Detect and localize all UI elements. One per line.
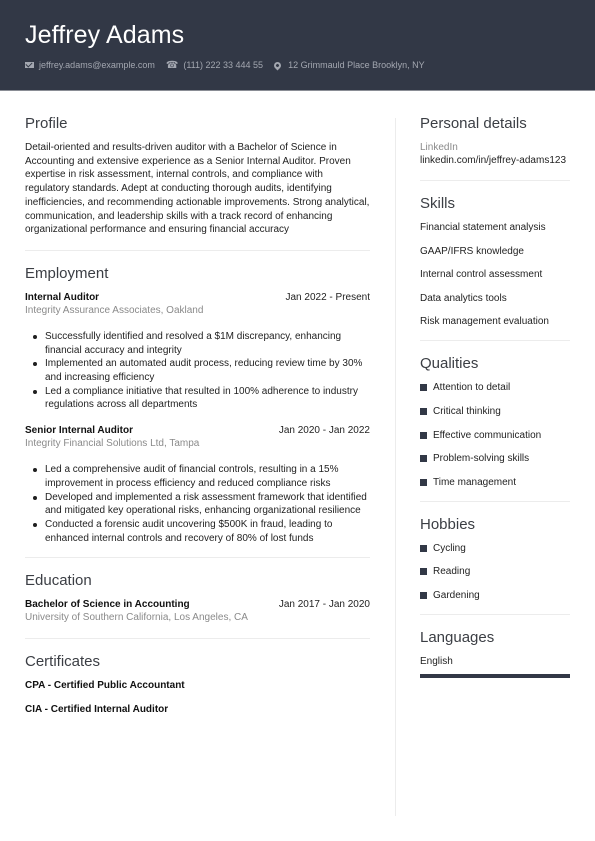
job-company: Integrity Financial Solutions Ltd, Tampa <box>25 437 370 451</box>
job-dates: Jan 2022 - Present <box>286 291 371 304</box>
hobby-label: Reading <box>433 565 470 578</box>
language-level-bar <box>420 674 570 678</box>
quality-label: Problem-solving skills <box>433 452 529 465</box>
achievement-item: Conducted a forensic audit uncovering $5… <box>25 518 370 545</box>
education-section: Education Bachelor of Science in Account… <box>25 572 370 625</box>
candidate-name: Jeffrey Adams <box>25 21 184 50</box>
quality-label: Attention to detail <box>433 381 510 394</box>
quality-item: Time management <box>420 476 570 489</box>
map-pin-icon <box>273 60 283 70</box>
section-title-certificates: Certificates <box>25 653 370 670</box>
section-title-skills: Skills <box>420 195 570 212</box>
square-bullet-icon <box>420 545 427 552</box>
section-title-qualities: Qualities <box>420 355 570 372</box>
profile-summary: Detail-oriented and results-driven audit… <box>25 141 370 237</box>
quality-item: Effective communication <box>420 429 570 442</box>
school-name: University of Southern California, Los A… <box>25 611 370 625</box>
hobby-item: Cycling <box>420 542 570 555</box>
section-title-hobbies: Hobbies <box>420 516 570 533</box>
hobby-label: Gardening <box>433 589 480 602</box>
personal-details-section: Personal details LinkedIn linkedin.com/i… <box>420 115 570 168</box>
linkedin-url[interactable]: linkedin.com/in/jeffrey-adams123 <box>420 154 570 168</box>
job-achievements: Led a comprehensive audit of financial c… <box>25 463 370 545</box>
phone-text: (111) 222 33 444 55 <box>183 60 263 70</box>
contact-email: jeffrey.adams@example.com <box>25 60 155 70</box>
square-bullet-icon <box>420 568 427 575</box>
achievement-item: Developed and implemented a risk assessm… <box>25 491 370 518</box>
phone-icon: ☎ <box>166 61 178 70</box>
address-text: 12 Grimmauld Place Brooklyn, NY <box>288 60 425 70</box>
quality-item: Problem-solving skills <box>420 452 570 465</box>
skills-section: Skills Financial statement analysis GAAP… <box>420 195 570 328</box>
skill-item: Data analytics tools <box>420 292 570 305</box>
quality-label: Effective communication <box>433 429 541 442</box>
certificates-section: Certificates CPA - Certified Public Acco… <box>25 653 370 716</box>
job-achievements: Successfully identified and resolved a $… <box>25 330 370 412</box>
education-entry: Bachelor of Science in Accounting Jan 20… <box>25 598 370 625</box>
side-column: Personal details LinkedIn linkedin.com/i… <box>420 115 570 678</box>
section-title-languages: Languages <box>420 629 570 646</box>
achievement-item: Successfully identified and resolved a $… <box>25 330 370 357</box>
square-bullet-icon <box>420 592 427 599</box>
certificate-item: CPA - Certified Public Accountant <box>25 679 370 692</box>
language-name: English <box>420 655 570 668</box>
section-divider <box>420 180 570 181</box>
job-entry: Internal Auditor Jan 2022 - Present Inte… <box>25 291 370 412</box>
education-dates: Jan 2017 - Jan 2020 <box>279 598 370 611</box>
achievement-item: Implemented an automated audit process, … <box>25 357 370 384</box>
envelope-icon <box>25 62 34 68</box>
job-company: Integrity Assurance Associates, Oakland <box>25 304 370 318</box>
section-divider <box>25 557 370 558</box>
section-divider <box>420 340 570 341</box>
quality-item: Attention to detail <box>420 381 570 394</box>
square-bullet-icon <box>420 455 427 462</box>
linkedin-label: LinkedIn <box>420 141 570 154</box>
certificate-item: CIA - Certified Internal Auditor <box>25 703 370 716</box>
square-bullet-icon <box>420 432 427 439</box>
hobby-item: Gardening <box>420 589 570 602</box>
contact-phone: ☎ (111) 222 33 444 55 <box>166 60 263 70</box>
contact-address: 12 Grimmauld Place Brooklyn, NY <box>274 60 425 70</box>
section-title-education: Education <box>25 572 370 589</box>
degree-title: Bachelor of Science in Accounting <box>25 598 190 611</box>
section-title-employment: Employment <box>25 265 370 282</box>
resume-header: Jeffrey Adams jeffrey.adams@example.com … <box>0 0 595 91</box>
section-title-profile: Profile <box>25 115 370 132</box>
skill-item: Financial statement analysis <box>420 221 570 234</box>
quality-label: Critical thinking <box>433 405 501 418</box>
hobbies-section: Hobbies Cycling Reading Gardening <box>420 516 570 602</box>
job-title: Internal Auditor <box>25 291 99 304</box>
section-divider <box>420 614 570 615</box>
job-title: Senior Internal Auditor <box>25 424 133 437</box>
square-bullet-icon <box>420 384 427 391</box>
languages-section: Languages English <box>420 629 570 678</box>
hobby-item: Reading <box>420 565 570 578</box>
skill-item: GAAP/IFRS knowledge <box>420 245 570 258</box>
employment-section: Employment Internal Auditor Jan 2022 - P… <box>25 265 370 545</box>
section-divider <box>25 250 370 251</box>
section-title-personal: Personal details <box>420 115 570 132</box>
email-text: jeffrey.adams@example.com <box>39 60 155 70</box>
contact-bar: jeffrey.adams@example.com ☎ (111) 222 33… <box>25 60 436 70</box>
job-dates: Jan 2020 - Jan 2022 <box>279 424 370 437</box>
quality-label: Time management <box>433 476 516 489</box>
job-entry: Senior Internal Auditor Jan 2020 - Jan 2… <box>25 424 370 545</box>
main-column: Profile Detail-oriented and results-driv… <box>25 115 370 716</box>
square-bullet-icon <box>420 408 427 415</box>
square-bullet-icon <box>420 479 427 486</box>
section-divider <box>25 638 370 639</box>
hobby-label: Cycling <box>433 542 466 555</box>
column-divider <box>395 118 396 816</box>
skill-item: Internal control assessment <box>420 268 570 281</box>
quality-item: Critical thinking <box>420 405 570 418</box>
achievement-item: Led a comprehensive audit of financial c… <box>25 463 370 490</box>
achievement-item: Led a compliance initiative that resulte… <box>25 385 370 412</box>
qualities-section: Qualities Attention to detail Critical t… <box>420 355 570 488</box>
language-level-fill <box>420 674 570 678</box>
section-divider <box>420 501 570 502</box>
skill-item: Risk management evaluation <box>420 315 570 328</box>
profile-section: Profile Detail-oriented and results-driv… <box>25 115 370 237</box>
